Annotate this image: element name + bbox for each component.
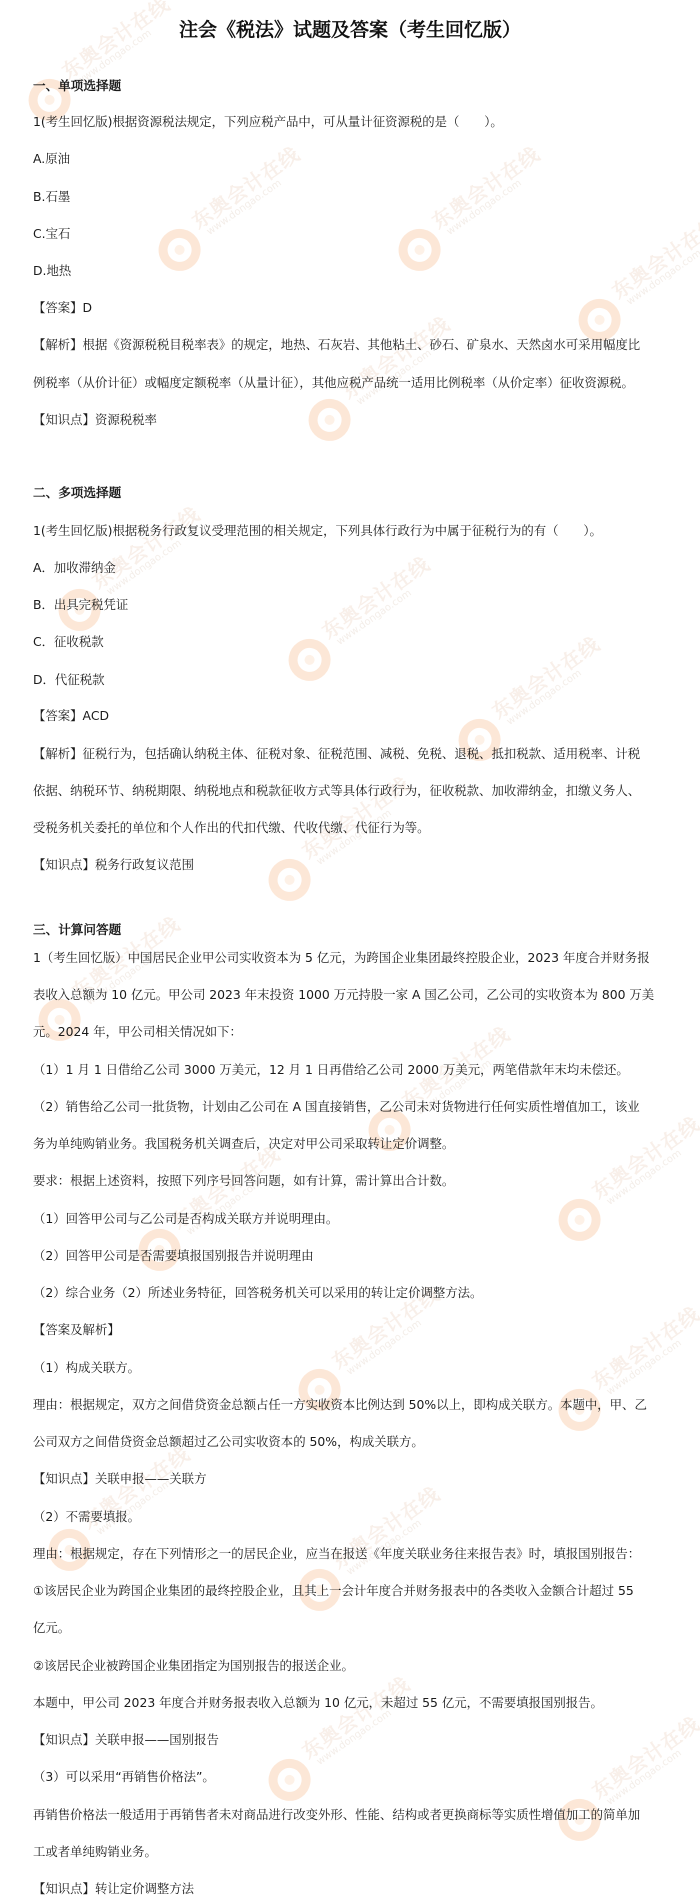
answer-1-reason: 理由：根据规定，双方之间借贷资金总额占任一方实收资本比例达到 50%以上，即构成… [33, 1397, 666, 1413]
fact-2: （2）销售给乙公司一批货物，计划由乙公司在 A 国直接销售，乙公司未对货物进行任… [33, 1099, 666, 1115]
question-text: 1(考生回忆版)根据税务行政复议受理范围的相关规定，下列具体行政行为中属于征税行… [33, 523, 666, 539]
answer-3: （3）可以采用“再销售价格法”。 [33, 1769, 666, 1785]
fact-2-cont: 务为单纯购销业务。我国税务机关调查后，决定对甲公司采取转让定价调整。 [33, 1136, 666, 1152]
knowledge-point: 【知识点】税务行政复议范围 [33, 857, 666, 873]
option-b: B.石墨 [33, 189, 666, 205]
question-text: 表收入总额为 10 亿元。甲公司 2023 年末投资 1000 万元持股一家 A… [33, 987, 666, 1003]
knowledge-point: 【知识点】关联申报——国别报告 [33, 1732, 666, 1748]
option-c: C.宝石 [33, 226, 666, 242]
option-c: C．征收税款 [33, 634, 666, 650]
analysis-line: 【解析】征税行为，包括确认纳税主体、征税对象、征税范围、减税、免税、退税、抵扣税… [33, 746, 666, 762]
answer-2-case-1: 亿元。 [33, 1620, 666, 1636]
analysis-line: 受税务机关委托的单位和个人作出的代扣代缴、代收代缴、代征行为等。 [33, 820, 666, 836]
answer-2: （2）不需要填报。 [33, 1509, 666, 1525]
question-text: 1（考生回忆版）中国居民企业甲公司实收资本为 5 亿元，为跨国企业集团最终控股企… [33, 950, 666, 966]
analysis-line: 【解析】根据《资源税税目税率表》的规定，地热、石灰岩、其他粘土、砂石、矿泉水、天… [33, 337, 666, 353]
answer-2-reason: 理由：根据规定，存在下列情形之一的居民企业，应当在报送《年度关联业务往来报告表》… [33, 1546, 666, 1562]
answer-2-case-2: ②该居民企业被跨国企业集团指定为国别报告的报送企业。 [33, 1658, 666, 1674]
sub-question-3: （2）综合业务（2）所述业务特征，回答税务机关可以采用的转让定价调整方法。 [33, 1285, 666, 1301]
document-title: 注会《税法》试题及答案（考生回忆版） [0, 18, 700, 42]
option-d: D．代征税款 [33, 672, 666, 688]
answer-3-reason: 工或者单纯购销业务。 [33, 1844, 666, 1860]
analysis-line: 例税率（从价计征）或幅度定额税率（从量计征），其他应税产品统一适用比例税率（从价… [33, 375, 666, 391]
option-a: A.原油 [33, 151, 666, 167]
knowledge-point: 【知识点】转让定价调整方法 [33, 1881, 666, 1897]
answer-2-conclusion: 本题中，甲公司 2023 年度合并财务报表收入总额为 10 亿元，未超过 55 … [33, 1695, 666, 1711]
answer-3-reason: 再销售价格法一般适用于再销售者未对商品进行改变外形、性能、结构或者更换商标等实质… [33, 1807, 666, 1823]
option-b: B．出具完税凭证 [33, 597, 666, 613]
analysis-line: 依据、纳税环节、纳税期限、纳税地点和税款征收方式等具体行政行为，征收税款、加收滞… [33, 783, 666, 799]
section-heading: 一、单项选择题 [33, 78, 666, 94]
section-heading: 三、计算问答题 [33, 922, 666, 938]
sub-question-1: （1）回答甲公司与乙公司是否构成关联方并说明理由。 [33, 1211, 666, 1227]
fact-1: （1）1 月 1 日借给乙公司 3000 万美元，12 月 1 日再借给乙公司 … [33, 1062, 666, 1078]
option-d: D.地热 [33, 263, 666, 279]
answer-heading: 【答案及解析】 [33, 1322, 666, 1338]
knowledge-point: 【知识点】关联申报——关联方 [33, 1471, 666, 1487]
option-a: A．加收滞纳金 [33, 560, 666, 576]
document-page: 东奥会计在线www.dongao.com 东奥会计在线www.dongao.co… [0, 0, 700, 1902]
sub-question-2: （2）回答甲公司是否需要填报国别报告并说明理由 [33, 1248, 666, 1264]
answer-1-reason: 公司双方之间借贷资金总额超过乙公司实收资本的 50%，构成关联方。 [33, 1434, 666, 1450]
knowledge-point: 【知识点】资源税税率 [33, 412, 666, 428]
answer-2-case-1: ①该居民企业为跨国企业集团的最终控股企业，且其上一会计年度合并财务报表中的各类收… [33, 1583, 666, 1599]
answer-text: 【答案】ACD [33, 708, 666, 724]
answer-text: 【答案】D [33, 300, 666, 316]
question-text: 1(考生回忆版)根据资源税法规定，下列应税产品中，可从量计征资源税的是（ ）。 [33, 114, 666, 130]
answer-1: （1）构成关联方。 [33, 1360, 666, 1376]
question-text: 元。2024 年，甲公司相关情况如下： [33, 1024, 666, 1040]
requirement-text: 要求：根据上述资料，按照下列序号回答问题，如有计算，需计算出合计数。 [33, 1173, 666, 1189]
section-heading: 二、多项选择题 [33, 485, 666, 501]
